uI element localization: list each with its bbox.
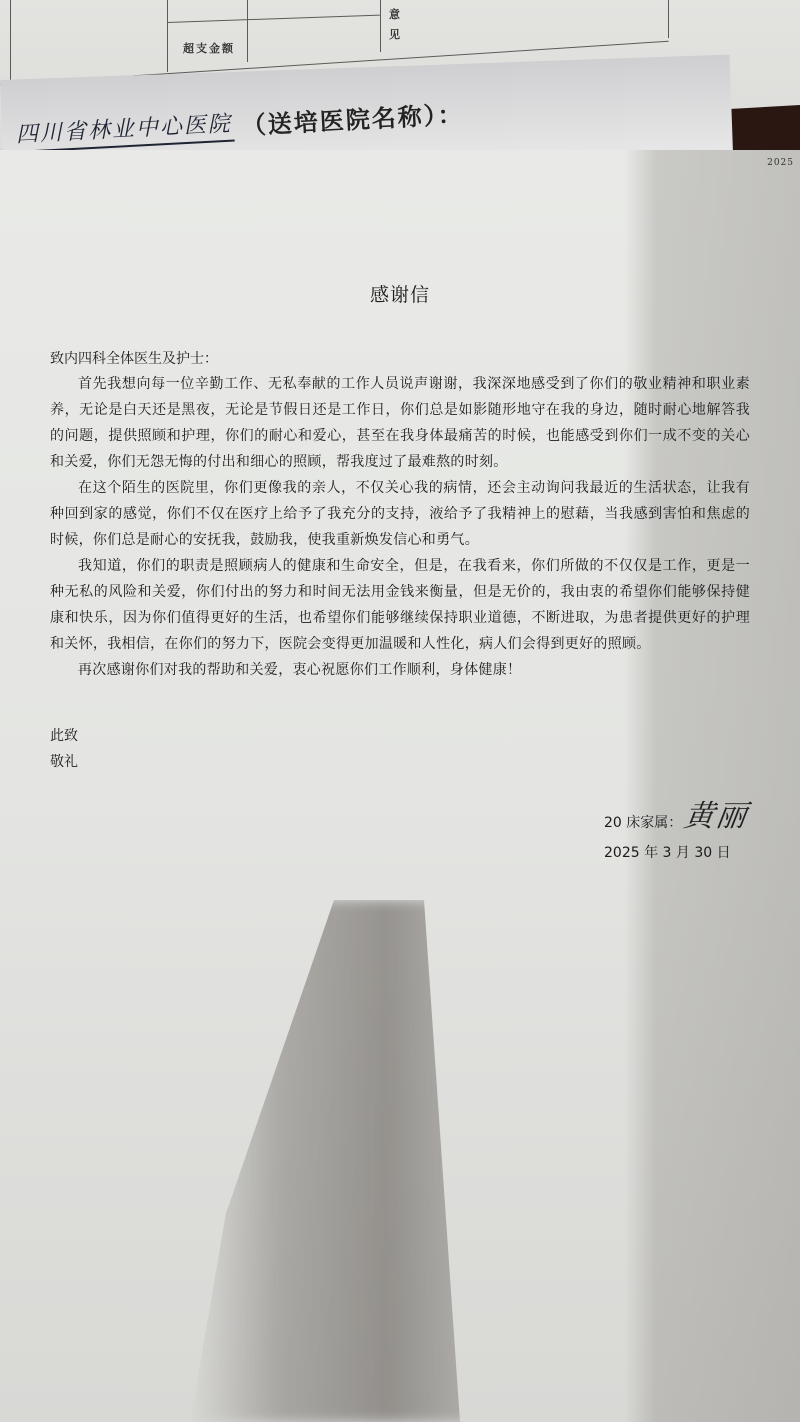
- table-line: [10, 0, 11, 86]
- opinion-label-bottom: 见: [389, 26, 402, 42]
- closing-line-1: 此致: [50, 723, 750, 749]
- overdraft-amount-label: 超支金额: [183, 40, 235, 56]
- signer-row: 20 床家属： 黄丽: [604, 808, 748, 838]
- letter-date: 2025 年 3 月 30 日: [604, 838, 748, 868]
- handwritten-signature: 黄丽: [682, 802, 750, 832]
- table-line: [167, 0, 168, 72]
- table-line: [247, 0, 248, 62]
- signer-label: 20 床家属：: [604, 808, 682, 838]
- page-counter: 2025: [767, 158, 794, 168]
- letter-title: 感谢信: [50, 280, 750, 307]
- letter-paragraph: 在这个陌生的医院里，你们更像我的亲人，不仅关心我的病情，还会主动询问我最近的生活…: [50, 475, 750, 553]
- table-line: [167, 15, 380, 23]
- closing-line-2: 敬礼: [50, 749, 750, 775]
- table-line: [380, 0, 381, 52]
- letter-paragraph: 首先我想向每一位辛勤工作、无私奉献的工作人员说声谢谢，我深深地感受到了你们的敬业…: [50, 371, 750, 475]
- signature-block: 20 床家属： 黄丽 2025 年 3 月 30 日: [604, 808, 748, 868]
- thank-you-letter: 感谢信 致内四科全体医生及护士： 首先我想向每一位辛勤工作、无私奉献的工作人员说…: [50, 280, 750, 775]
- letter-salutation: 致内四科全体医生及护士：: [50, 347, 750, 371]
- letter-paragraph: 再次感谢你们对我的帮助和关爱，衷心祝愿你们工作顺利，身体健康！: [50, 657, 750, 683]
- opinion-label-top: 意: [389, 6, 402, 22]
- letter-closing: 此致 敬礼: [50, 723, 750, 775]
- letter-paragraph: 我知道，你们的职责是照顾病人的健康和生命安全，但是，在我看来，你们所做的不仅仅是…: [50, 553, 750, 657]
- table-line: [668, 0, 669, 38]
